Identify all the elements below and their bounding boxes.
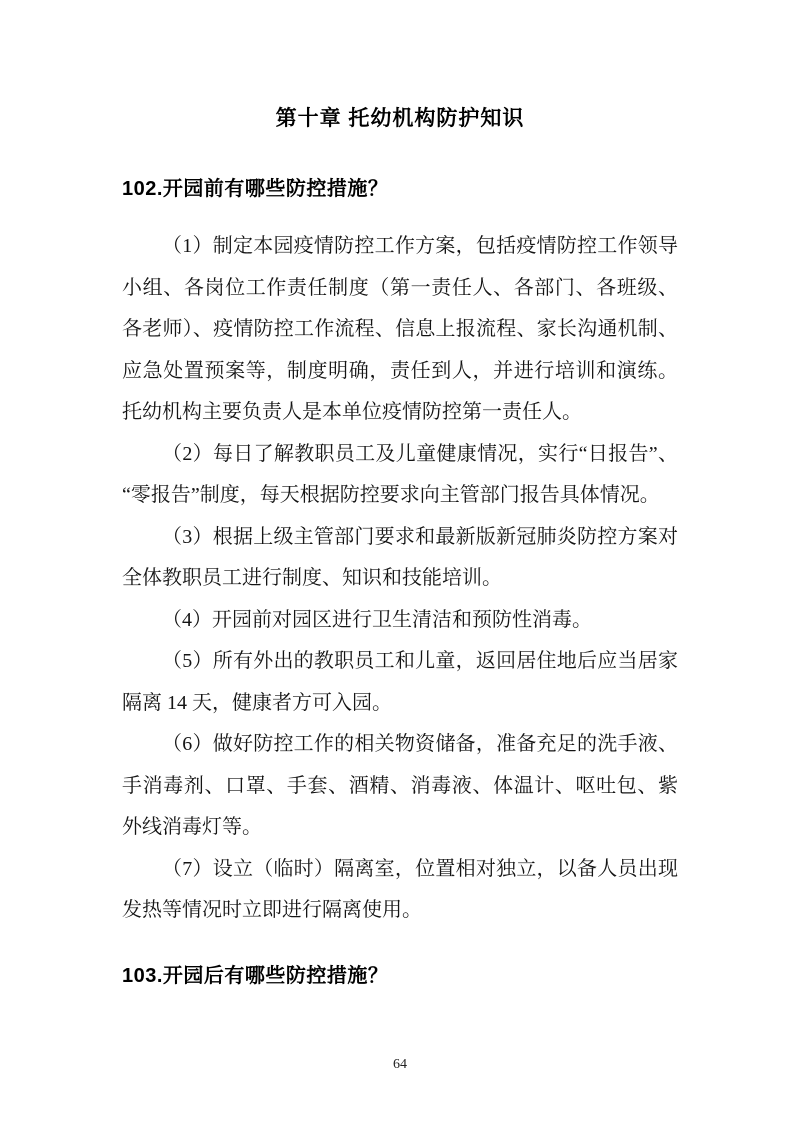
answer-body-102: （1）制定本园疫情防控工作方案，包括疫情防控工作领导小组、各岗位工作责任制度（第… [122,226,678,932]
question-heading-103: 103.开园后有哪些防控措施？ [122,962,678,990]
answer-paragraph-5: （5）所有外出的教职员工和儿童，返回居住地后应当居家隔离 14 天，健康者方可入… [122,641,678,724]
answer-paragraph-7: （7）设立（临时）隔离室，位置相对独立，以备人员出现发热等情况时立即进行隔离使用… [122,849,678,932]
answer-paragraph-2: （2）每日了解教职员工及儿童健康情况，实行“日报告”、“零报告”制度，每天根据防… [122,434,678,517]
answer-paragraph-3: （3）根据上级主管部门要求和最新版新冠肺炎防控方案对全体教职员工进行制度、知识和… [122,517,678,600]
chapter-title: 第十章 托幼机构防护知识 [122,104,678,134]
document-page: 第十章 托幼机构防护知识 102.开园前有哪些防控措施？ （1）制定本园疫情防控… [0,0,800,1131]
answer-paragraph-6: （6）做好防控工作的相关物资储备，准备充足的洗手液、手消毒剂、口罩、手套、酒精、… [122,724,678,849]
page-footer: 64 [0,1055,800,1073]
question-heading-102: 102.开园前有哪些防控措施？ [122,175,678,203]
answer-paragraph-4: （4）开园前对园区进行卫生清洁和预防性消毒。 [122,600,678,642]
answer-paragraph-1: （1）制定本园疫情防控工作方案，包括疫情防控工作领导小组、各岗位工作责任制度（第… [122,226,678,434]
page-number: 64 [393,1057,407,1072]
